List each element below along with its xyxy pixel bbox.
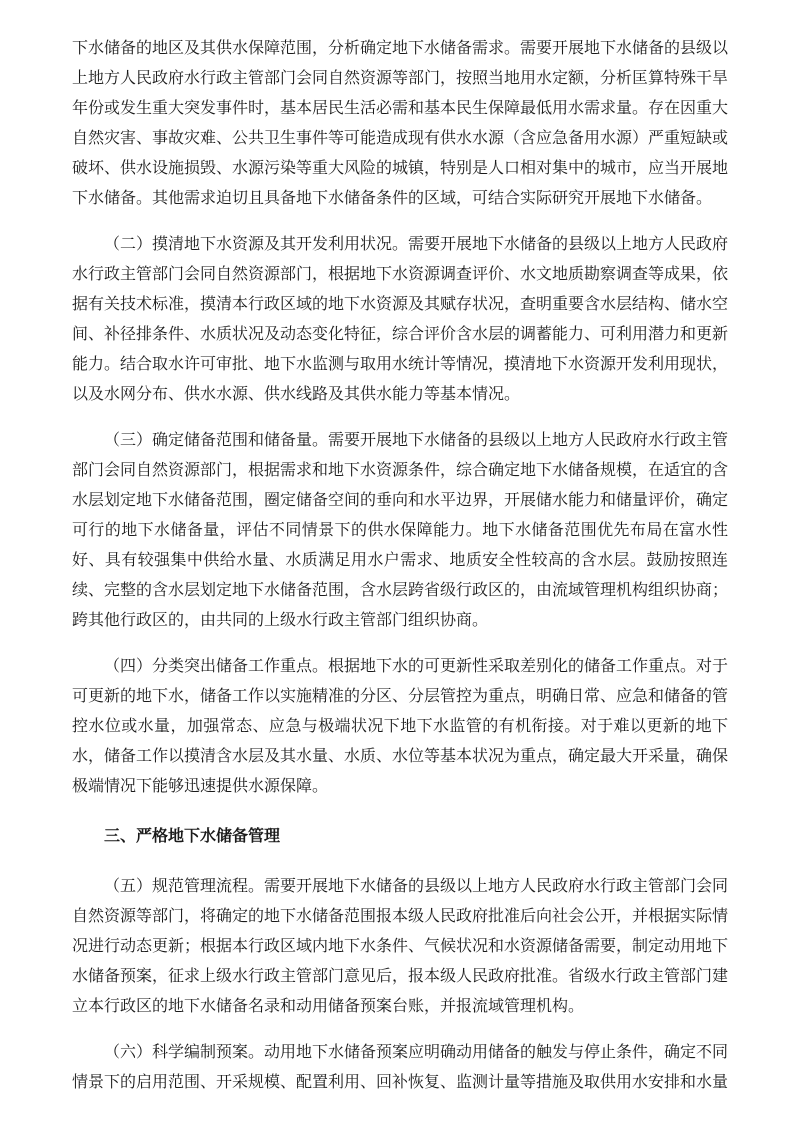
paragraph: （四）分类突出储备工作重点。根据地下水的可更新性采取差别化的储备工作重点。对于可… (72, 652, 728, 802)
section-heading: 三、严格地下水储备管理 (72, 822, 728, 852)
paragraph-continuation: 下水储备的地区及其供水保障范围，分析确定地下水储备需求。需要开展地下水储备的县级… (72, 34, 728, 214)
paragraph: （六）科学编制预案。动用地下水储备预案应明确动用储备的触发与停止条件，确定不同情… (72, 1038, 728, 1098)
document-content: 下水储备的地区及其供水保障范围，分析确定地下水储备需求。需要开展地下水储备的县级… (72, 34, 728, 1114)
document-page: 下水储备的地区及其供水保障范围，分析确定地下水储备需求。需要开展地下水储备的县级… (0, 0, 800, 1132)
paragraph: （五）规范管理流程。需要开展地下水储备的县级以上地方人民政府水行政主管部门会同自… (72, 872, 728, 1022)
paragraph: （二）摸清地下水资源及其开发利用状况。需要开展地下水储备的县级以上地方人民政府水… (72, 230, 728, 410)
paragraph: （三）确定储备范围和储备量。需要开展地下水储备的县级以上地方人民政府水行政主管部… (72, 426, 728, 636)
